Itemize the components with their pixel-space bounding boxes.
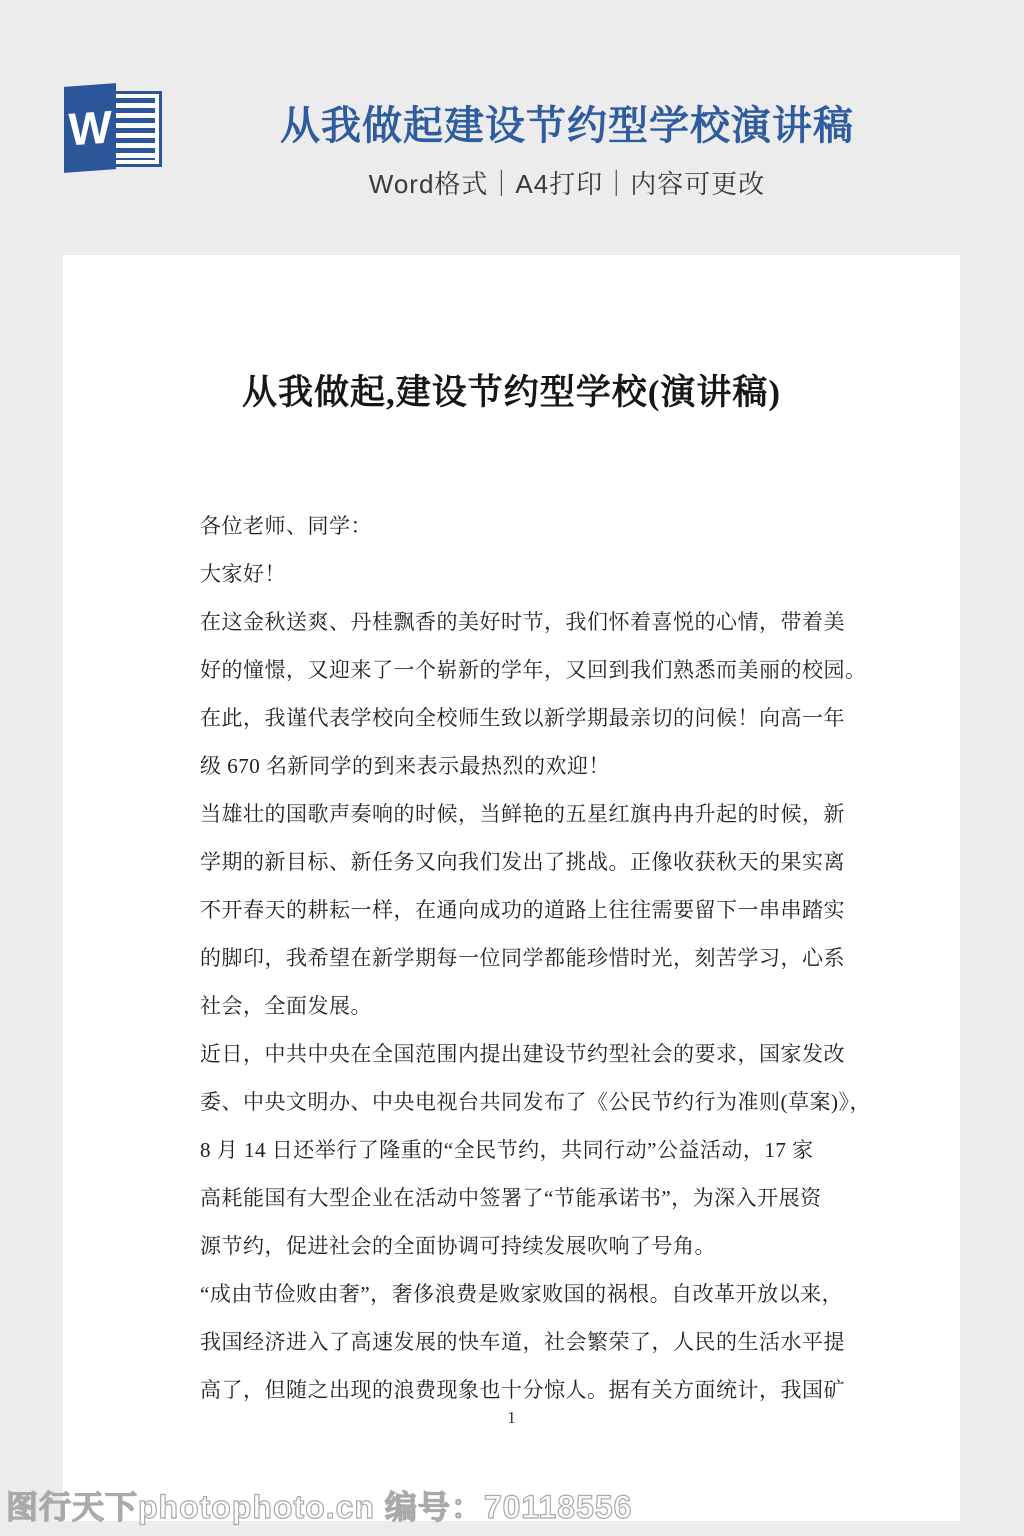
header-title: 从我做起建设节约型学校演讲稿 <box>170 94 964 151</box>
document-line: 学期的新目标、新任务又向我们发出了挑战。正像收获秋天的果实离 <box>200 838 848 886</box>
word-icon-page <box>109 91 162 167</box>
document-line: “成由节俭败由奢”，奢侈浪费是败家败国的祸根。自改革开放以来， <box>200 1270 848 1318</box>
document-line: 的脚印，我希望在新学期每一位同学都能珍惜时光，刻苦学习，心系 <box>200 934 848 982</box>
document-title: 从我做起,建设节约型学校(演讲稿) <box>63 365 960 415</box>
document-line: 当雄壮的国歌声奏响的时候，当鲜艳的五星红旗冉冉升起的时候，新 <box>200 790 848 838</box>
document-line: 我国经济进入了高速发展的快车道，社会繁荣了，人民的生活水平提 <box>200 1318 848 1366</box>
document-line: 8 月 14 日还举行了隆重的“全民节约，共同行动”公益活动，17 家 <box>200 1126 848 1174</box>
document-line: 各位老师、同学： <box>200 502 848 550</box>
document-line: 高耗能国有大型企业在活动中签署了“节能承诺书”，为深入开展资 <box>200 1174 848 1222</box>
document-line: 社会，全面发展。 <box>200 982 848 1030</box>
document-line: 源节约，促进社会的全面协调可持续发展吹响了号角。 <box>200 1222 848 1270</box>
document-line: 不开春天的耕耘一样，在通向成功的道路上往往需要留下一串串踏实 <box>200 886 848 934</box>
document-body: 各位老师、同学： 大家好！ 在这金秋送爽、丹桂飘香的美好时节，我们怀着喜悦的心情… <box>200 502 848 1414</box>
header: 从我做起建设节约型学校演讲稿 Word格式｜A4打印｜内容可更改 <box>170 0 964 201</box>
document-line: 大家好！ <box>200 550 848 598</box>
header-subtitle: Word格式｜A4打印｜内容可更改 <box>170 164 964 201</box>
document-line: 近日，中共中央在全国范围内提出建设节约型社会的要求，国家发改 <box>200 1030 848 1078</box>
word-icon-page-lines <box>116 98 155 160</box>
document-line: 级 670 名新同学的到来表示最热烈的欢迎！ <box>200 742 848 790</box>
watermark-text: 图行天下photophoto.cn 编号：70118556 <box>6 1482 632 1528</box>
document-line: 在此，我谨代表学校向全校师生致以新学期最亲切的问候！向高一年 <box>200 694 848 742</box>
document-page: 从我做起,建设节约型学校(演讲稿) 各位老师、同学： 大家好！ 在这金秋送爽、丹… <box>63 255 960 1521</box>
word-icon-letter: W <box>68 103 111 152</box>
document-line: 高了，但随之出现的浪费现象也十分惊人。据有关方面统计，我国矿 <box>200 1366 848 1414</box>
word-icon-cover: W <box>64 83 116 173</box>
page-number: 1 <box>63 1408 960 1428</box>
document-line: 好的憧憬，又迎来了一个崭新的学年，又回到我们熟悉而美丽的校园。 <box>200 646 848 694</box>
word-icon: W <box>60 82 166 176</box>
document-line: 在这金秋送爽、丹桂飘香的美好时节，我们怀着喜悦的心情，带着美 <box>200 598 848 646</box>
document-line: 委、中央文明办、中央电视台共同发布了《公民节约行为准则(草案)》， <box>200 1078 848 1126</box>
